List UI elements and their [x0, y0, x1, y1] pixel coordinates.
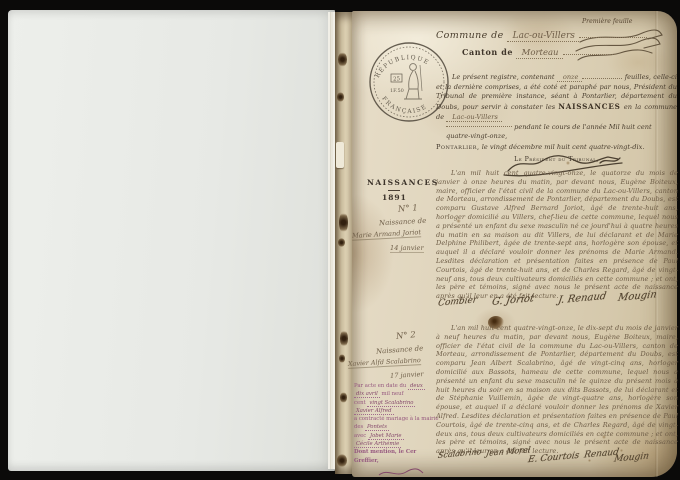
mention-printed: des [354, 424, 363, 430]
intro-paragraph: Le présent registre, contenant onze feui… [436, 73, 677, 123]
margin-entry2-number: N° 2 [396, 330, 417, 342]
intro-fill-commune: Lac-ou-Villers [446, 113, 502, 122]
margin-entry1-date: 14 janvier [390, 244, 424, 253]
binding-stain [339, 354, 345, 363]
dotted-leader [446, 126, 512, 127]
binding-stain [340, 330, 348, 347]
dotted-filler [582, 78, 622, 79]
register-page: Première feuille Commune de Lac-ou-Ville… [352, 11, 677, 477]
mention-line: avec Jobet Marie [354, 432, 442, 440]
marriage-mention-stamp: Par acte en date du deux dix avril mil n… [354, 382, 442, 480]
mention-line: Cécile Arthémie [354, 440, 442, 448]
mention-handwritten: dix avril [354, 391, 380, 398]
binding-tear [336, 142, 344, 168]
svg-text:FRANÇAISE: FRANÇAISE [380, 95, 428, 115]
binding-stain [338, 52, 347, 67]
mention-handwritten: Xavier Alfred [354, 408, 394, 415]
intro-fill-feuilles: onze [557, 73, 583, 82]
intro-part1: Le présent registre, contenant [452, 73, 555, 81]
act1-signature: Mougin [617, 289, 657, 304]
canton-line: Canton de Morteau [462, 47, 680, 58]
commune-line: Commune de Lac-ou-Villers [436, 30, 680, 41]
mention-printed: cent [354, 400, 366, 406]
margin-entry2-naissance-de: Naissance de [376, 344, 424, 355]
margin-entry1-number: N° 1 [398, 203, 418, 214]
stamp-arc-top: RÉPUBLIQUE [374, 54, 431, 79]
mention-printed: Par acte en date du [354, 383, 406, 389]
mention-line: Par acte en date du deux [354, 382, 442, 390]
margin-entry2-name: Xavier Alfd Scalabrino [348, 356, 421, 369]
svg-text:RÉPUBLIQUE: RÉPUBLIQUE [374, 54, 431, 79]
mention-handwritten: Jobet Marie [368, 433, 404, 440]
mention-handwritten: vingt Scalabrino [367, 400, 415, 407]
margin-naissances-title: NAISSANCES [367, 178, 439, 187]
binding-stain [338, 238, 345, 247]
mention-line: dix avril mil neuf [354, 390, 442, 398]
mention-printed: Dont mention, le Cer Greffier, [354, 449, 416, 463]
margin-year: 1891 [382, 193, 407, 202]
commune-value: Lac-ou-Villers [507, 31, 579, 42]
margin-entry1-name: Marie Armand Joriot [352, 228, 421, 241]
act2-signature: Mougin [613, 451, 649, 464]
binding-stain [339, 212, 348, 233]
act1-text: L'an mil huit cent quatre-vingt-onze, le… [436, 169, 678, 301]
margin-entry1-naissance-de: Naissance de [379, 217, 427, 227]
mention-line: a contracté mariage à la mairie [354, 415, 442, 423]
mention-handwritten: Pontets [365, 424, 389, 431]
mention-line: cent vingt Scalabrino [354, 399, 442, 407]
canton-label: Canton de [462, 47, 513, 57]
margin-entry2-date: 17 janvier [390, 370, 424, 380]
pendant-line: pendant le cours de l'année Mil huit cen… [446, 123, 677, 142]
mention-printed: mil neuf [382, 391, 404, 397]
binding-stain [337, 454, 347, 467]
mention-printed: avec [354, 433, 366, 439]
premiere-feuille-note: Première feuille [582, 18, 632, 25]
act1-signature: G. Joriot [491, 293, 535, 308]
margin-rule [388, 190, 400, 191]
mention-handwritten: Cécile Arthémie [354, 441, 401, 448]
mention-handwritten: deux [408, 383, 425, 390]
act2-text: L'an mil huit cent quatre-vingt-onze, le… [436, 324, 678, 456]
left-blank-page [8, 10, 335, 471]
dotted-filler [563, 54, 615, 55]
mention-line: des Pontets [354, 423, 442, 431]
pontarlier-word: Pontarlier, [436, 143, 480, 151]
mention-line: Xavier Alfred [354, 407, 442, 415]
mention-line: Dont mention, le Cer Greffier, [354, 448, 442, 465]
binding-stain [337, 92, 344, 102]
act1-signature: Combier [437, 295, 478, 309]
dotted-filler [579, 37, 647, 38]
page-stack-edge [328, 12, 335, 469]
mention-printed: a contracté mariage à la mairie [354, 416, 439, 422]
canton-value: Morteau [516, 48, 563, 59]
naissances-word: NAISSANCES [558, 102, 620, 111]
mention-signature [376, 466, 426, 480]
scanned-register-spread: Première feuille Commune de Lac-ou-Ville… [0, 0, 680, 480]
page-header: Commune de Lac-ou-Villers Canton de Mort… [436, 30, 680, 58]
stamp-denomination: 1F.50 [390, 88, 404, 94]
stamp-arc-bottom: FRANÇAISE [380, 95, 428, 115]
binding-stain [340, 392, 347, 403]
stamp-seated-figure [404, 64, 422, 99]
stamp-denomination: 25 [393, 77, 400, 83]
